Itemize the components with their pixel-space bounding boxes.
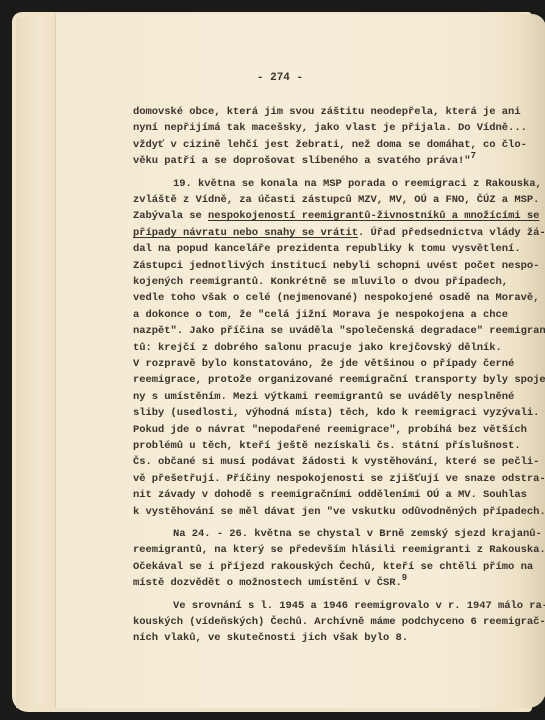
- page-edges: [16, 18, 57, 708]
- text-segment: ních vlaků, ve skutečnosti jich však byl…: [133, 632, 408, 644]
- text-segment: . Úřad předsednictva vlády žá-: [358, 227, 545, 239]
- text-segment: a dokonce o tom, že "celá jižní Morava j…: [133, 309, 508, 321]
- text-line: tů: krejčí z dobrého salonu pracuje jako…: [133, 340, 502, 356]
- text-segment: reemigrantů, na který se především hlási…: [133, 544, 545, 556]
- text-segment: nyní nepřijímá tak macešsky, jako vlast …: [133, 122, 527, 134]
- text-segment: ny s umístěním. Mezi výtkami reemigrantů…: [133, 391, 514, 403]
- text-segment: vždyť v cizině lehčí jest žebrati, než d…: [133, 139, 527, 151]
- text-segment: nazpět". Jako příčina se uváděla "společ…: [133, 325, 545, 337]
- text-segment: domovské obce, která jim svou záštitu ne…: [133, 106, 521, 118]
- text-line: 19. května se konala na MSP porada o ree…: [133, 176, 542, 192]
- text-line: domovské obce, která jim svou záštitu ne…: [133, 104, 521, 120]
- text-line: místě dozvědět o možnostech umístění v Č…: [133, 575, 407, 591]
- text-line: Na 24. - 26. května se chystal v Brně ze…: [133, 526, 542, 542]
- text-line: Zabývala se nespokojeností reemigrantů-ž…: [133, 208, 539, 224]
- text-line: zvláště z Vídně, za účasti zástupců MZV,…: [133, 192, 539, 208]
- text-line: případy návratu nebo snahy se vrátit. Úř…: [133, 225, 545, 241]
- text-segment: tů: krejčí z dobrého salonu pracuje jako…: [133, 342, 502, 354]
- text-line: ny s umístěním. Mezi výtkami reemigrantů…: [133, 389, 514, 405]
- text-segment: reemigrace, protože organizované reemigr…: [133, 374, 545, 386]
- text-line: nit závady v dohodě s reemigračními oddě…: [133, 487, 527, 503]
- text-line: reemigrantů, na který se především hlási…: [133, 542, 545, 558]
- text-segment: dal na popud kanceláře prezidenta republ…: [133, 243, 521, 255]
- text-segment: 19. května se konala na MSP porada o ree…: [173, 178, 542, 190]
- underlined-text: nespokojeností reemigrantů-živnostníků a…: [208, 210, 539, 222]
- text-segment: Pokud jde o návrat "nepodařené reemigrac…: [133, 424, 527, 436]
- text-segment: Zabývala se: [133, 210, 208, 222]
- text-line: reemigrace, protože organizované reemigr…: [133, 372, 545, 388]
- page-number: - 274 -: [250, 72, 310, 84]
- text-line: Zástupci jednotlivých institucí nebyli s…: [133, 258, 539, 274]
- text-segment: Na 24. - 26. května se chystal v Brně ze…: [173, 528, 542, 540]
- text-line: vedle toho však o celé (nejmenované) nes…: [133, 290, 539, 306]
- text-segment: Ve srovnání s l. 1945 a 1946 reemigroval…: [173, 600, 545, 612]
- text-line: sliby (usedlosti, výhodná místa) těch, k…: [133, 405, 539, 421]
- text-line: vě přešetřují. Příčiny nespokojenosti se…: [133, 471, 545, 487]
- text-line: ních vlaků, ve skutečnosti jich však byl…: [133, 630, 408, 646]
- text-line: dal na popud kanceláře prezidenta republ…: [133, 241, 521, 257]
- text-line: Čs. občané si musí podávat žádosti k vys…: [133, 454, 539, 470]
- footnote-marker: 9: [402, 573, 407, 583]
- text-segment: kouských (vídeňských) Čechů. Archívně má…: [133, 616, 545, 628]
- text-line: a dokonce o tom, že "celá jižní Morava j…: [133, 307, 508, 323]
- underlined-text: případy návratu nebo snahy se vrátit: [133, 227, 358, 239]
- text-line: Pokud jde o návrat "nepodařené reemigrac…: [133, 422, 527, 438]
- text-segment: V rozpravě bylo konstatováno, že jde vět…: [133, 358, 514, 370]
- text-segment: vě přešetřují. Příčiny nespokojenosti se…: [133, 473, 545, 485]
- text-segment: vedle toho však o celé (nejmenované) nes…: [133, 292, 539, 304]
- text-segment: problémů u těch, kteří ještě nezískali č…: [133, 440, 521, 452]
- text-line: kojených reemigrantů. Konkrétně se mluvi…: [133, 274, 508, 290]
- footnote-marker: 7: [471, 151, 476, 161]
- text-segment: Čs. občané si musí podávat žádosti k vys…: [133, 456, 539, 468]
- text-segment: zvláště z Vídně, za účasti zástupců MZV,…: [133, 194, 539, 206]
- text-segment: Zástupci jednotlivých institucí nebyli s…: [133, 260, 539, 272]
- text-line: kouských (vídeňských) Čechů. Archívně má…: [133, 614, 545, 630]
- text-line: k vystěhování se měl dávat jen "ve vskut…: [133, 504, 545, 520]
- text-line: V rozpravě bylo konstatováno, že jde vět…: [133, 356, 514, 372]
- text-line: vždyť v cizině lehčí jest žebrati, než d…: [133, 137, 527, 153]
- text-segment: kojených reemigrantů. Konkrétně se mluvi…: [133, 276, 508, 288]
- text-line: Očekával se i příjezd rakouských Čechů, …: [133, 559, 533, 575]
- text-line: věku patří a se doprošovat slíbeného a s…: [133, 153, 476, 169]
- text-line: problémů u těch, kteří ještě nezískali č…: [133, 438, 521, 454]
- text-line: Ve srovnání s l. 1945 a 1946 reemigroval…: [133, 598, 545, 614]
- text-segment: místě dozvědět o možnostech umístění v Č…: [133, 577, 402, 589]
- text-segment: věku patří a se doprošovat slíbeného a s…: [133, 155, 471, 167]
- text-line: nyní nepřijímá tak macešsky, jako vlast …: [133, 120, 527, 136]
- text-segment: Očekával se i příjezd rakouských Čechů, …: [133, 561, 533, 573]
- text-segment: sliby (usedlosti, výhodná místa) těch, k…: [133, 407, 539, 419]
- text-segment: k vystěhování se měl dávat jen "ve vskut…: [133, 506, 545, 518]
- text-segment: nit závady v dohodě s reemigračními oddě…: [133, 489, 527, 501]
- text-line: nazpět". Jako příčina se uváděla "společ…: [133, 323, 545, 339]
